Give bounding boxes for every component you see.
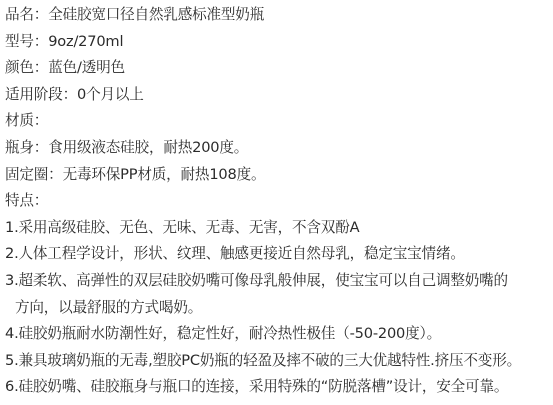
feature-item: 3.超柔软、高弹性的双层硅胶奶嘴可像母乳般伸展，使宝宝可以自己调整奶嘴的 xyxy=(5,268,553,295)
color-row: 颜色：蓝色/透明色 xyxy=(5,55,553,82)
feature-item: 6.硅胶奶嘴、硅胶瓶身与瓶口的连接，采用特殊的“防脱落槽”设计，安全可靠。 xyxy=(5,374,553,401)
features-heading: 特点： xyxy=(5,188,553,215)
feature-item-continuation: 方向，以最舒服的方式喝奶。 xyxy=(5,295,553,322)
material-heading: 材质： xyxy=(5,108,553,135)
stage-row: 适用阶段：0个月以上 xyxy=(5,82,553,109)
model-value: 9oz/270ml xyxy=(48,33,123,50)
product-name-row: 品名：全硅胶宽口径自然乳感标准型奶瓶 xyxy=(5,2,553,29)
bottle-body-label: 瓶身： xyxy=(5,139,48,156)
fixing-ring-row: 固定圈：无毒环保PP材质，耐热108度。 xyxy=(5,162,553,189)
product-name-label: 品名： xyxy=(5,6,48,23)
color-label: 颜色： xyxy=(5,59,48,76)
feature-item: 2.人体工程学设计，形状、纹理、触感更接近自然母乳，稳定宝宝情绪。 xyxy=(5,241,553,268)
model-row: 型号：9oz/270ml xyxy=(5,29,553,56)
color-value: 蓝色/透明色 xyxy=(48,59,125,76)
feature-item: 5.兼具玻璃奶瓶的无毒,塑胶PC奶瓶的轻盈及摔不破的三大优越特性.挤压不变形。 xyxy=(5,348,553,375)
bottle-body-row: 瓶身：食用级液态硅胶，耐热200度。 xyxy=(5,135,553,162)
model-label: 型号： xyxy=(5,33,48,50)
stage-label: 适用阶段： xyxy=(5,86,77,103)
fixing-ring-label: 固定圈： xyxy=(5,166,63,183)
product-name-value: 全硅胶宽口径自然乳感标准型奶瓶 xyxy=(48,6,264,23)
bottle-body-value: 食用级液态硅胶，耐热200度。 xyxy=(48,139,248,156)
stage-value: 0个月以上 xyxy=(77,86,144,103)
fixing-ring-value: 无毒环保PP材质，耐热108度。 xyxy=(63,166,266,183)
feature-item: 4.硅胶奶瓶耐水防潮性好，稳定性好，耐冷热性极佳（-50-200度）。 xyxy=(5,321,553,348)
product-spec-document: 品名：全硅胶宽口径自然乳感标准型奶瓶 型号：9oz/270ml 颜色：蓝色/透明… xyxy=(5,2,553,401)
feature-item: 1.采用高级硅胶、无色、无味、无毒、无害，不含双酚A xyxy=(5,215,553,242)
